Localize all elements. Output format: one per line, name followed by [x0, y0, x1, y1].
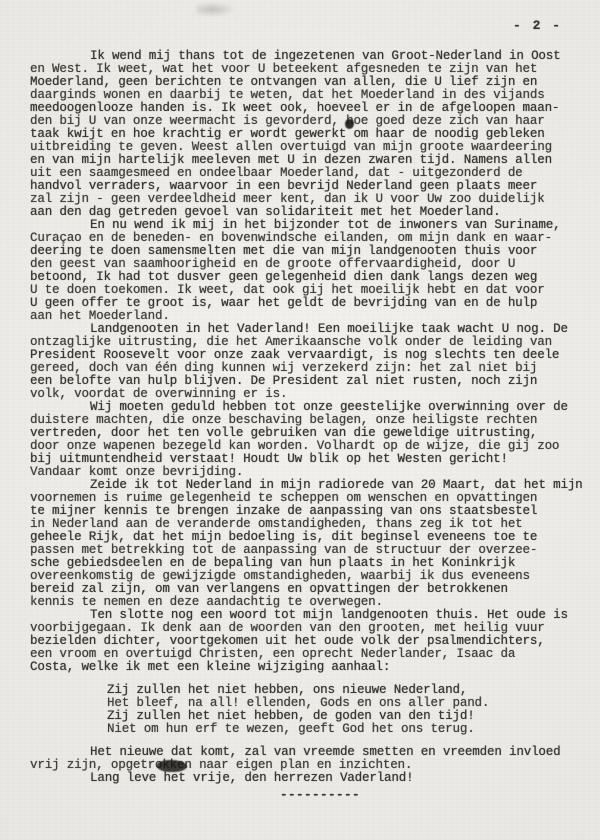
text-line: een vroom en overtuigd Christen, een opr… [30, 648, 582, 661]
text-line: uitbreiding te geven. Weest allen overtu… [30, 141, 582, 154]
text-line: in Nederland aan de veranderde omstandig… [30, 518, 582, 531]
text-line: den bij U van onze weermacht is gevorder… [30, 115, 582, 128]
text-line: overeenkomstig de gewijzigde omstandighe… [30, 570, 582, 583]
text-line: vrij zijn, opgetrokken naar eigen plan e… [30, 759, 582, 772]
text-line: passen met betrekking tot de aanpassing … [30, 544, 582, 557]
document-body: Ik wend mij thans tot de ingezetenen van… [30, 50, 582, 802]
text-line: zal zijn - geen verdeeldheid meer kent, … [30, 193, 582, 206]
typewritten-page: - 2 - Ik wend mij thans tot de ingezeten… [0, 0, 600, 840]
text-line: gereed, doch van één ding kunnen wij ver… [30, 362, 582, 375]
paragraph: Ik wend mij thans tot de ingezetenen van… [30, 50, 582, 219]
text-line: Niet om hun erf te wezen, geeft God het … [107, 723, 582, 736]
paragraph: Landgenooten in het Vaderland! Een moeil… [30, 323, 582, 401]
text-line: Costa, welke ik met een kleine wijziging… [30, 661, 582, 674]
poem-block: Zij zullen het niet hebben, ons nieuwe N… [107, 684, 582, 736]
text-line: U te doen toekomen. Ik weet, dat ook gij… [30, 284, 582, 297]
text-line: Curaçao en de beneden- en bovenwindsche … [30, 232, 582, 245]
text-line: aan het Moederland. [30, 310, 582, 323]
paragraph: En nu wend ik mij in het bijzonder tot d… [30, 219, 582, 323]
text-line: uit een saamgesmeed en ondeelbaar Moeder… [30, 167, 582, 180]
text-line: ---------- [280, 789, 582, 802]
paragraph: Ten slotte nog een woord tot mijn landge… [30, 609, 582, 674]
text-line: den geest van saamhoorigheid en de groot… [30, 258, 582, 271]
text-line: Lang leve het vrije, den herrezen Vaderl… [30, 772, 582, 785]
paragraph: Het nieuwe dat komt, zal van vreemde sme… [30, 746, 582, 785]
paragraph: Zeide ik tot Nederland in mijn radiorede… [30, 479, 582, 609]
text-line: voornemen is ruime gelegenheid te schepp… [30, 492, 582, 505]
text-line: en West. Ik weet, wat het voor U beteeke… [30, 63, 582, 76]
text-line: daarginds wonen en daarbij te weten, dat… [30, 89, 582, 102]
page-number: - 2 - [513, 19, 562, 32]
text-line: duistere machten, die onze beschaving be… [30, 414, 582, 427]
paragraph: Wij moeten geduld hebben tot onze geeste… [30, 401, 582, 479]
text-line: volk, voordat de overwinning er is. [30, 388, 582, 401]
text-line: kennis te nemen en deze aandachtig te ov… [30, 596, 582, 609]
end-divider: ---------- [280, 789, 582, 802]
text-line: voorbijgegaan. Ik denk aan de woorden va… [30, 622, 582, 635]
text-line: Vandaar komt onze bevrijding. [30, 466, 582, 479]
text-line: Het bleef, na all! ellenden, Gods en ons… [107, 697, 582, 710]
text-line: ontzaglijke uitrusting, die het Amerikaa… [30, 336, 582, 349]
ink-smudge [196, 2, 236, 17]
text-line: door onze wapenen bezegeld kan worden. V… [30, 440, 582, 453]
